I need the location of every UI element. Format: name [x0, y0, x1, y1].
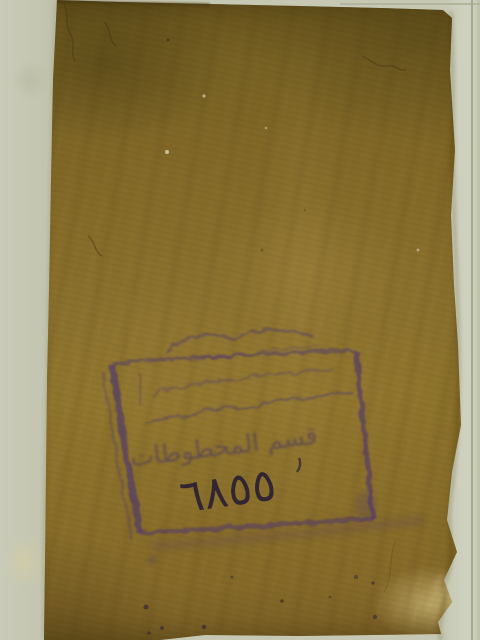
stamp-ink-blotch: [147, 556, 157, 564]
stamp-corner-blotch: [355, 491, 377, 521]
manuscript-scan: قسم المخطوطات ٦٨٥٥: [0, 0, 480, 640]
paper-grain: [44, 0, 464, 640]
marks-overlay: قسم المخطوطات ٦٨٥٥: [0, 0, 480, 640]
